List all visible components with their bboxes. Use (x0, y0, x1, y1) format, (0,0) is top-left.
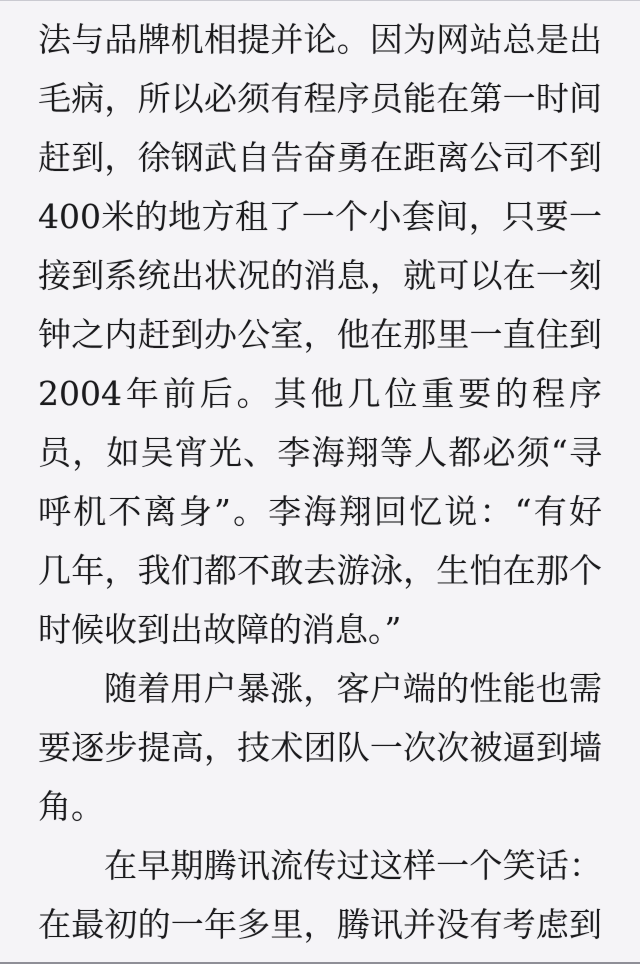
text-line: 员，如吴宵光、李海翔等人都必须“寻 (38, 423, 602, 482)
text-line: 钟之内赶到办公室，他在那里一直住到 (38, 305, 602, 364)
text-line-paragraph-end: 角。 (38, 777, 602, 836)
text-line: 呼机不离身”。李海翔回忆说：“有好 (38, 482, 602, 541)
text-line-paragraph-end: 时候收到出故障的消息。” (38, 600, 602, 659)
text-line: 在最初的一年多里，腾讯并没有考虑到 (38, 895, 602, 954)
page-top-edge-line (0, 0, 640, 1)
text-line: 几年，我们都不敢去游泳，生怕在那个 (38, 541, 602, 600)
text-line: 2004年前后。其他几位重要的程序 (38, 364, 602, 423)
text-line: 要逐步提高，技术团队一次次被逼到墙 (38, 718, 602, 777)
text-line: 接到系统出状况的消息，就可以在一刻 (38, 246, 602, 305)
reader-text-column: 法与品牌机相提并论。因为网站总是出 毛病，所以必须有程序员能在第一时间 赶到，徐… (38, 10, 602, 954)
text-line-paragraph-start: 在早期腾讯流传过这样一个笑话： (38, 836, 602, 895)
text-line-paragraph-start: 随着用户暴涨，客户端的性能也需 (38, 659, 602, 718)
text-line: 400米的地方租了一个小套间，只要一 (38, 187, 602, 246)
text-line: 赶到，徐钢武自告奋勇在距离公司不到 (38, 128, 602, 187)
text-line: 毛病，所以必须有程序员能在第一时间 (38, 69, 602, 128)
text-line: 法与品牌机相提并论。因为网站总是出 (38, 10, 602, 69)
